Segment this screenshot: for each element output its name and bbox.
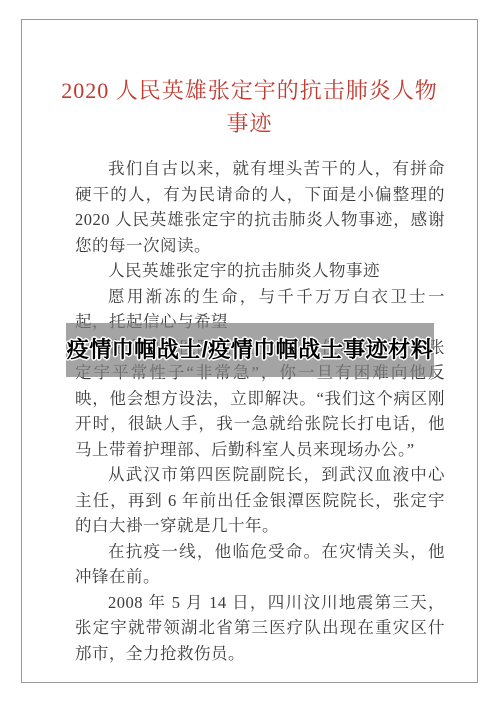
paragraph-career: 从武汉市第四医院副院长，到武汉血液中心主任，再到 6 年前出任金银潭医院院长，张… [75,462,445,539]
document-body: 我们自古以来，就有埋头苦干的人，有拼命硬干的人，有为民请命的人，下面是小偏整理的… [75,156,445,666]
watermark-text: 疫情巾帼战士/疫情巾帼战士事迹材料 [67,337,434,363]
document-title-line-2: 事迹 [32,107,467,140]
document-title-line-1: 2020 人民英雄张定宇的抗击肺炎人物 [32,74,467,107]
paragraph-frontline: 在抗疫一线，他临危受命。在灾情关头，他冲锋在前。 [75,539,445,590]
screen: 2020 人民英雄张定宇的抗击肺炎人物 事迹 我们自古以来，就有埋头苦干的人，有… [0,0,500,706]
paragraph-intro: 我们自古以来，就有埋头苦干的人，有拼命硬干的人，有为民请命的人，下面是小偏整理的… [75,156,445,258]
document-title: 2020 人民英雄张定宇的抗击肺炎人物 事迹 [32,74,467,140]
paragraph-earthquake: 2008 年 5 月 14 日，四川汶川地震第三天，张定宇就带领湖北省第三医疗队… [75,590,445,667]
watermark-banner: 疫情巾帼战士/疫情巾帼战士事迹材料 [66,323,434,377]
paragraph-subtitle: 人民英雄张定宇的抗击肺炎人物事迹 [75,258,445,284]
